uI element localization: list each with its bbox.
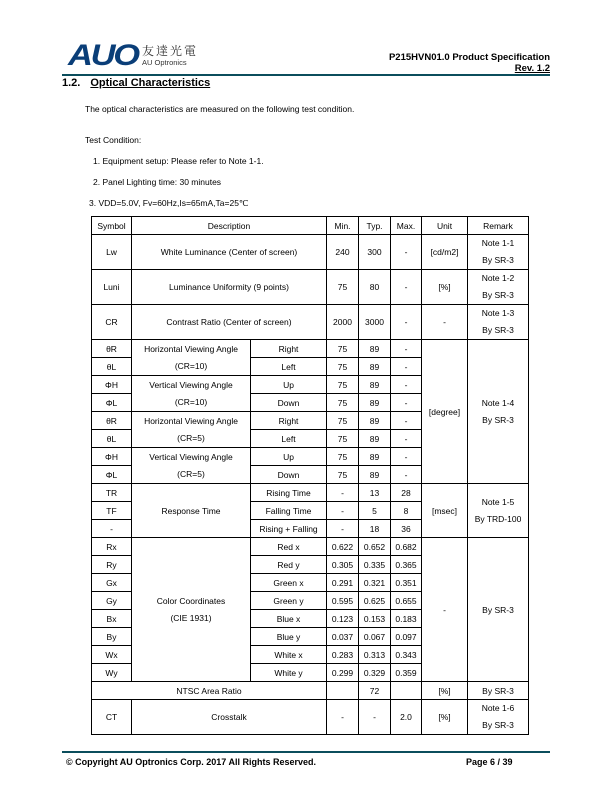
- table-row: CR Contrast Ratio (Center of screen) 200…: [92, 305, 529, 340]
- cell-symbol: CR: [92, 305, 132, 340]
- cell-min: 0.305: [327, 556, 359, 574]
- cell-symbol: Luni: [92, 270, 132, 305]
- cell-max: -: [391, 466, 422, 484]
- cell-typ: 89: [359, 430, 391, 448]
- cell-typ: 13: [359, 484, 391, 502]
- cell-symbol: Wx: [92, 646, 132, 664]
- test-condition-item: 1. Equipment setup: Please refer to Note…: [93, 156, 264, 166]
- cell-typ: 89: [359, 448, 391, 466]
- cell-unit: [%]: [422, 682, 468, 700]
- remark-method: By SR-3: [468, 322, 528, 339]
- cell-symbol: TR: [92, 484, 132, 502]
- cell-parameter: Down: [251, 466, 327, 484]
- page-number: Page 6 / 39: [466, 757, 513, 767]
- cell-remark: Note 1-5By TRD-100: [468, 484, 529, 538]
- cell-parameter: Left: [251, 430, 327, 448]
- header-remark: Remark: [468, 217, 529, 235]
- cell-symbol: Gx: [92, 574, 132, 592]
- cell-parameter: Up: [251, 448, 327, 466]
- cell-parameter: Green y: [251, 592, 327, 610]
- cell-description: Vertical Viewing Angle(CR=5): [132, 448, 251, 484]
- cell-max: -: [391, 305, 422, 340]
- test-condition-label: Test Condition:: [85, 135, 141, 145]
- cell-max: 0.655: [391, 592, 422, 610]
- cell-parameter: Red x: [251, 538, 327, 556]
- cell-typ: 0.329: [359, 664, 391, 682]
- cell-max: 0.343: [391, 646, 422, 664]
- cell-min: 75: [327, 466, 359, 484]
- cell-remark: Note 1-3By SR-3: [468, 305, 529, 340]
- cell-min: 0.595: [327, 592, 359, 610]
- cell-unit: [msec]: [422, 484, 468, 538]
- cell-unit: -: [422, 538, 468, 682]
- cell-max: 28: [391, 484, 422, 502]
- cell-typ: 300: [359, 235, 391, 270]
- cell-symbol: -: [92, 520, 132, 538]
- cell-max: 0.351: [391, 574, 422, 592]
- cell-remark: Note 1-6By SR-3: [468, 700, 529, 735]
- table-row: θR Horizontal Viewing Angle(CR=10) Right…: [92, 340, 529, 358]
- cell-max: 0.097: [391, 628, 422, 646]
- cell-parameter: Rising Time: [251, 484, 327, 502]
- cell-parameter: Up: [251, 376, 327, 394]
- remark-note: Note 1-3: [468, 305, 528, 322]
- company-logo: AUO 友達光電 AU Optronics: [68, 42, 198, 70]
- cell-symbol: θR: [92, 340, 132, 358]
- cell-max: -: [391, 270, 422, 305]
- cell-min: 2000: [327, 305, 359, 340]
- cell-typ: 0.067: [359, 628, 391, 646]
- cell-min: 0.123: [327, 610, 359, 628]
- cell-max: 8: [391, 502, 422, 520]
- remark-note: Note 1-2: [468, 270, 528, 287]
- cell-parameter: Falling Time: [251, 502, 327, 520]
- table-row: CT Crosstalk - - 2.0 [%] Note 1-6By SR-3: [92, 700, 529, 735]
- cell-min: 240: [327, 235, 359, 270]
- cell-unit: [%]: [422, 270, 468, 305]
- cell-min: -: [327, 484, 359, 502]
- cell-symbol: ΦL: [92, 466, 132, 484]
- cell-unit: -: [422, 305, 468, 340]
- table-row: Lw White Luminance (Center of screen) 24…: [92, 235, 529, 270]
- cell-symbol: θL: [92, 430, 132, 448]
- cell-max: 2.0: [391, 700, 422, 735]
- cell-max: 36: [391, 520, 422, 538]
- cell-typ: 89: [359, 466, 391, 484]
- cell-symbol: CT: [92, 700, 132, 735]
- section-title: Optical Characteristics: [90, 77, 210, 89]
- cell-min: 75: [327, 394, 359, 412]
- cell-typ: 89: [359, 358, 391, 376]
- cell-remark: Note 1-1By SR-3: [468, 235, 529, 270]
- test-condition-item: 2. Panel Lighting time: 30 minutes: [93, 177, 221, 187]
- table-row: NTSC Area Ratio 72 [%] By SR-3: [92, 682, 529, 700]
- section-heading: 1.2.Optical Characteristics: [62, 77, 210, 89]
- cell-parameter: Red y: [251, 556, 327, 574]
- cell-min: -: [327, 700, 359, 735]
- cell-unit: [%]: [422, 700, 468, 735]
- cell-max: -: [391, 358, 422, 376]
- cell-typ: 5: [359, 502, 391, 520]
- table-row: TR Response Time Rising Time - 13 28 [ms…: [92, 484, 529, 502]
- cell-typ: 0.652: [359, 538, 391, 556]
- cell-max: 0.365: [391, 556, 422, 574]
- cell-symbol: Lw: [92, 235, 132, 270]
- cell-max: -: [391, 430, 422, 448]
- cell-max: -: [391, 235, 422, 270]
- intro-paragraph: The optical characteristics are measured…: [85, 104, 354, 114]
- cell-typ: 80: [359, 270, 391, 305]
- cell-typ: 0.625: [359, 592, 391, 610]
- cell-description: Response Time: [132, 484, 251, 538]
- cell-max: [391, 682, 422, 700]
- cell-description: Horizontal Viewing Angle(CR=5): [132, 412, 251, 448]
- cell-min: 0.283: [327, 646, 359, 664]
- cell-min: -: [327, 520, 359, 538]
- cell-parameter: Blue y: [251, 628, 327, 646]
- cell-typ: 89: [359, 394, 391, 412]
- cell-typ: 89: [359, 340, 391, 358]
- cell-parameter: Right: [251, 412, 327, 430]
- cell-max: 0.359: [391, 664, 422, 682]
- cell-parameter: White y: [251, 664, 327, 682]
- cell-typ: 0.335: [359, 556, 391, 574]
- cell-symbol: TF: [92, 502, 132, 520]
- auo-logo-mark: AUO: [68, 42, 137, 70]
- header-description: Description: [132, 217, 327, 235]
- table-header-row: Symbol Description Min. Typ. Max. Unit R…: [92, 217, 529, 235]
- cell-min: 0.622: [327, 538, 359, 556]
- cell-symbol: Wy: [92, 664, 132, 682]
- cell-max: -: [391, 394, 422, 412]
- cell-description: Vertical Viewing Angle(CR=10): [132, 376, 251, 412]
- cell-remark: Note 1-4By SR-3: [468, 340, 529, 484]
- cell-min: 75: [327, 376, 359, 394]
- cell-description: White Luminance (Center of screen): [132, 235, 327, 270]
- cell-remark: Note 1-2By SR-3: [468, 270, 529, 305]
- cell-parameter: White x: [251, 646, 327, 664]
- cell-symbol: Gy: [92, 592, 132, 610]
- cell-unit: [degree]: [422, 340, 468, 484]
- table-row: Rx Color Coordinates(CIE 1931) Red x 0.6…: [92, 538, 529, 556]
- cell-description: Crosstalk: [132, 700, 327, 735]
- cell-parameter: Green x: [251, 574, 327, 592]
- footer-divider: [62, 751, 550, 753]
- remark-method: By SR-3: [468, 287, 528, 304]
- cell-description: Luminance Uniformity (9 points): [132, 270, 327, 305]
- table-row: Luni Luminance Uniformity (9 points) 75 …: [92, 270, 529, 305]
- cell-typ: 0.313: [359, 646, 391, 664]
- header-min: Min.: [327, 217, 359, 235]
- cell-symbol: ΦL: [92, 394, 132, 412]
- cell-parameter: Rising + Falling: [251, 520, 327, 538]
- cell-parameter: Left: [251, 358, 327, 376]
- cell-min: 75: [327, 340, 359, 358]
- optical-characteristics-table: Symbol Description Min. Typ. Max. Unit R…: [91, 216, 529, 735]
- header-typ: Typ.: [359, 217, 391, 235]
- cell-max: -: [391, 412, 422, 430]
- cell-max: -: [391, 376, 422, 394]
- logo-english-name: AU Optronics: [142, 59, 198, 67]
- cell-min: 75: [327, 270, 359, 305]
- cell-typ: 0.153: [359, 610, 391, 628]
- cell-symbol: By: [92, 628, 132, 646]
- cell-description: Contrast Ratio (Center of screen): [132, 305, 327, 340]
- cell-typ: 3000: [359, 305, 391, 340]
- cell-symbol: Rx: [92, 538, 132, 556]
- cell-min: 75: [327, 448, 359, 466]
- cell-description: Horizontal Viewing Angle(CR=10): [132, 340, 251, 376]
- document-title: P215HVN01.0 Product Specification: [389, 52, 550, 63]
- cell-parameter: Down: [251, 394, 327, 412]
- cell-min: -: [327, 502, 359, 520]
- cell-symbol: Ry: [92, 556, 132, 574]
- logo-chinese-name: 友達光電: [142, 45, 198, 57]
- cell-typ: 72: [359, 682, 391, 700]
- cell-typ: 0.321: [359, 574, 391, 592]
- document-revision: Rev. 1.2: [515, 63, 550, 74]
- cell-symbol: θR: [92, 412, 132, 430]
- header-divider: [62, 74, 550, 76]
- cell-min: 0.037: [327, 628, 359, 646]
- cell-min: 75: [327, 430, 359, 448]
- section-number: 1.2.: [62, 77, 80, 89]
- cell-typ: 18: [359, 520, 391, 538]
- cell-parameter: Blue x: [251, 610, 327, 628]
- cell-remark: By SR-3: [468, 682, 529, 700]
- cell-typ: 89: [359, 412, 391, 430]
- cell-min: 75: [327, 358, 359, 376]
- cell-typ: 89: [359, 376, 391, 394]
- footer-copyright: © Copyright AU Optronics Corp. 2017 All …: [66, 757, 316, 767]
- test-condition-item: 3. VDD=5.0V, Fv=60Hz,Is=65mA,Ta=25℃: [89, 198, 248, 209]
- cell-remark: By SR-3: [468, 538, 529, 682]
- cell-max: 0.682: [391, 538, 422, 556]
- cell-symbol: θL: [92, 358, 132, 376]
- cell-symbol: Bx: [92, 610, 132, 628]
- cell-symbol: ΦH: [92, 448, 132, 466]
- cell-max: 0.183: [391, 610, 422, 628]
- cell-min: 0.299: [327, 664, 359, 682]
- cell-min: 0.291: [327, 574, 359, 592]
- cell-parameter: Right: [251, 340, 327, 358]
- cell-min: 75: [327, 412, 359, 430]
- remark-note: Note 1-1: [468, 235, 528, 252]
- cell-symbol: ΦH: [92, 376, 132, 394]
- cell-typ: -: [359, 700, 391, 735]
- cell-description: NTSC Area Ratio: [92, 682, 327, 700]
- remark-method: By SR-3: [468, 252, 528, 269]
- cell-max: -: [391, 448, 422, 466]
- cell-unit: [cd/m2]: [422, 235, 468, 270]
- header-unit: Unit: [422, 217, 468, 235]
- cell-max: -: [391, 340, 422, 358]
- header-max: Max.: [391, 217, 422, 235]
- cell-min: [327, 682, 359, 700]
- header-symbol: Symbol: [92, 217, 132, 235]
- cell-description: Color Coordinates(CIE 1931): [132, 538, 251, 682]
